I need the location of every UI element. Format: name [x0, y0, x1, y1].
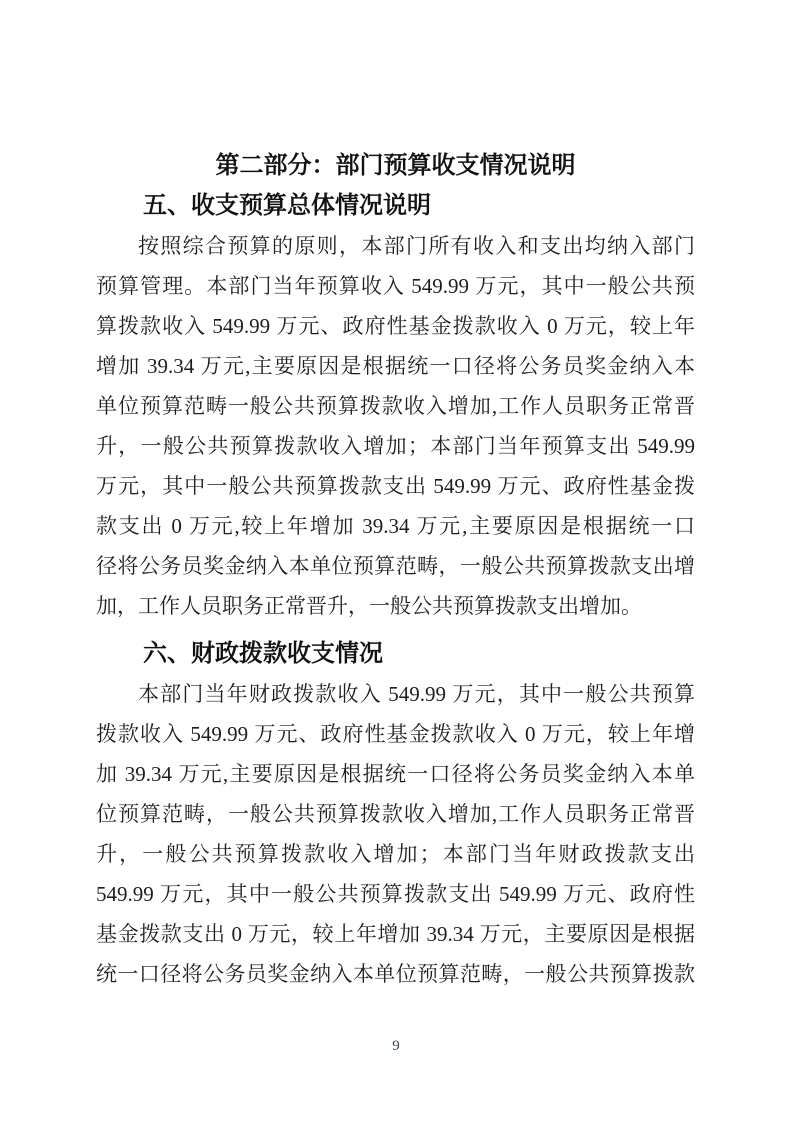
body-line: 549.99 万元，其中一般公共预算拨款支出 549.99 万元、政府性 [96, 874, 695, 914]
body-line: 拨款收入 549.99 万元、政府性基金拨款收入 0 万元，较上年增 [96, 714, 695, 754]
body-line: 万元，其中一般公共预算拨款支出 549.99 万元、政府性基金拨 [96, 466, 695, 506]
section-heading-six: 六、财政拨款收支情况 [143, 634, 695, 674]
body-line: 径将公务员奖金纳入本单位预算范畴，一般公共预算拨款支出增 [96, 546, 695, 586]
body-line: 加，工作人员职务正常晋升，一般公共预算拨款支出增加。 [96, 586, 695, 626]
document-page: 第二部分：部门预算收支情况说明 五、收支预算总体情况说明 按照综合预算的原则，本… [0, 0, 792, 1121]
body-line: 款支出 0 万元,较上年增加 39.34 万元,主要原因是根据统一口 [96, 506, 695, 546]
document-content: 第二部分：部门预算收支情况说明 五、收支预算总体情况说明 按照综合预算的原则，本… [96, 146, 695, 994]
body-line: 升，一般公共预算拨款收入增加；本部门当年预算支出 549.99 [96, 426, 695, 466]
body-line: 位预算范畴，一般公共预算拨款收入增加,工作人员职务正常晋 [96, 794, 695, 834]
part-title: 第二部分：部门预算收支情况说明 [96, 146, 695, 186]
section-five-paragraph: 按照综合预算的原则，本部门所有收入和支出均纳入部门 预算管理。本部门当年预算收入… [96, 226, 695, 626]
body-line: 预算管理。本部门当年预算收入 549.99 万元，其中一般公共预 [96, 266, 695, 306]
section-heading-five: 五、收支预算总体情况说明 [143, 186, 695, 226]
body-line: 基金拨款支出 0 万元，较上年增加 39.34 万元，主要原因是根据 [96, 914, 695, 954]
body-line: 算拨款收入 549.99 万元、政府性基金拨款收入 0 万元，较上年 [96, 306, 695, 346]
section-six-paragraph: 本部门当年财政拨款收入 549.99 万元，其中一般公共预算 拨款收入 549.… [96, 674, 695, 994]
body-line: 统一口径将公务员奖金纳入本单位预算范畴，一般公共预算拨款 [96, 954, 695, 994]
body-line: 加 39.34 万元,主要原因是根据统一口径将公务员奖金纳入本单 [96, 754, 695, 794]
body-line: 本部门当年财政拨款收入 549.99 万元，其中一般公共预算 [96, 674, 695, 714]
body-line: 升，一般公共预算拨款收入增加；本部门当年财政拨款支出 [96, 834, 695, 874]
page-number: 9 [0, 1036, 792, 1056]
body-line: 增加 39.34 万元,主要原因是根据统一口径将公务员奖金纳入本 [96, 346, 695, 386]
body-line: 按照综合预算的原则，本部门所有收入和支出均纳入部门 [96, 226, 695, 266]
body-line: 单位预算范畴一般公共预算拨款收入增加,工作人员职务正常晋 [96, 386, 695, 426]
